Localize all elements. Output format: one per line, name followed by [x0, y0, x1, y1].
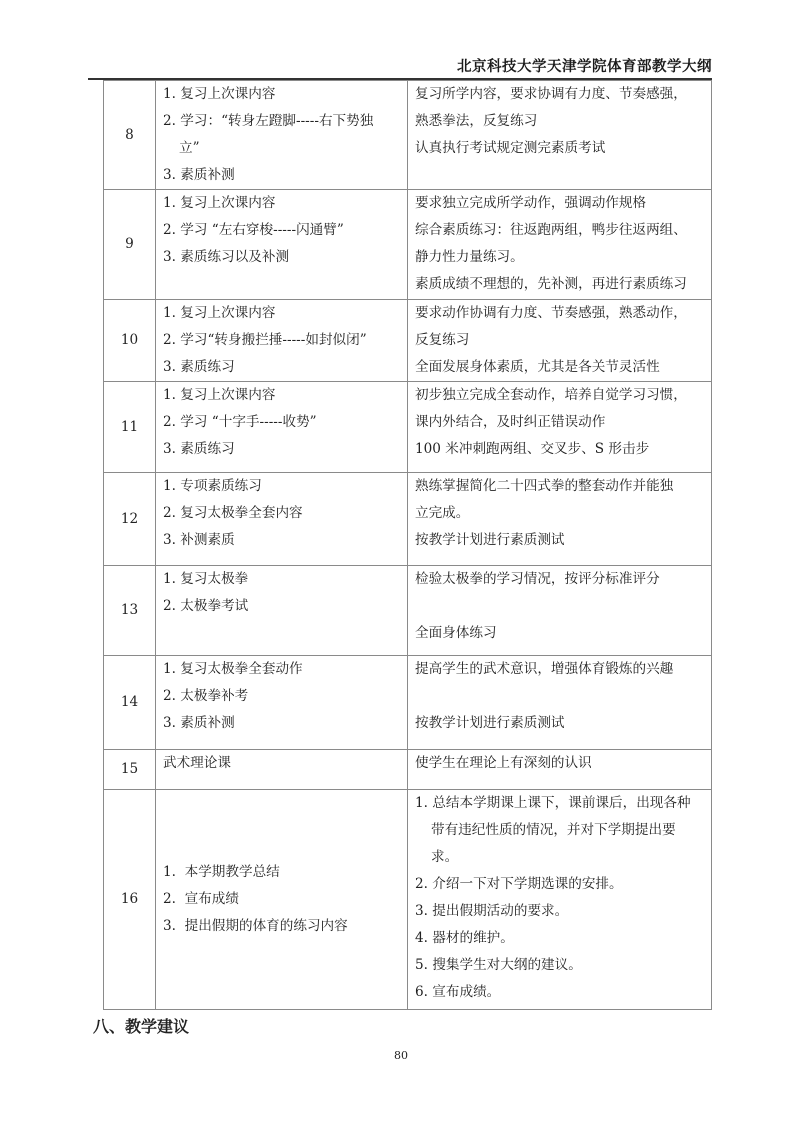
- table-row: 13 1. 复习太极拳 2. 太极拳考试 检验太极拳的学习情况，按评分标准评分 …: [104, 566, 712, 656]
- requirements-cell: 1. 总结本学期课上课下，课前课后，出现各种 带有违纪性质的情况，并对下学期提出…: [408, 790, 712, 1010]
- section-heading: 八、教学建议: [93, 1014, 189, 1037]
- content-line: 1. 复习太极拳: [163, 566, 407, 593]
- content-line: 3. 素质补测: [163, 710, 407, 737]
- content-line: 3. 素质练习以及补测: [163, 244, 407, 271]
- requirements-cell: 要求独立完成所学动作，强调动作规格 综合素质练习：往返跑两组，鸭步往返两组、 静…: [408, 190, 712, 300]
- content-line: 2. 学习 “十字手-----收势”: [163, 409, 407, 436]
- requirement-line: 6. 宣布成绩。: [415, 979, 707, 1006]
- content-line: 2. 学习 “左右穿梭-----闪通臂”: [163, 217, 407, 244]
- requirement-line: 检验太极拳的学习情况，按评分标准评分: [415, 566, 707, 593]
- week-number: 16: [104, 790, 156, 1010]
- content-line: 1. 本学期教学总结: [163, 859, 407, 886]
- content-line: 2. 学习：“转身左蹬脚-----右下势独: [163, 108, 407, 135]
- requirements-cell: 复习所学内容，要求协调有力度、节奏感强， 熟悉拳法，反复练习 认真执行考试规定测…: [408, 81, 712, 190]
- content-line: 3. 素质练习: [163, 436, 407, 463]
- blank-line: [415, 593, 707, 620]
- requirement-line: 要求独立完成所学动作，强调动作规格: [415, 190, 707, 217]
- content-cell: 武术理论课: [156, 750, 408, 790]
- requirement-line: 按教学计划进行素质测试: [415, 710, 707, 737]
- blank-line: [415, 683, 707, 710]
- content-line: 1. 复习太极拳全套动作: [163, 656, 407, 683]
- requirement-line: 2. 介绍一下对下学期选课的安排。: [415, 871, 707, 898]
- content-line: 3. 补测素质: [163, 527, 407, 554]
- page-number: 80: [394, 1049, 408, 1062]
- requirement-line: 带有违纪性质的情况，并对下学期提出要: [415, 817, 707, 844]
- requirements-cell: 初步独立完成全套动作，培养自觉学习习惯， 课内外结合，及时纠正错误动作 100 …: [408, 382, 712, 473]
- requirements-cell: 提高学生的武术意识，增强体育锻炼的兴趣 按教学计划进行素质测试: [408, 656, 712, 750]
- requirement-line: 素质成绩不理想的，先补测，再进行素质练习: [415, 271, 707, 298]
- content-cell: 1. 本学期教学总结 2. 宣布成绩 3. 提出假期的体育的练习内容: [156, 790, 408, 1010]
- requirements-cell: 使学生在理论上有深刻的认识: [408, 750, 712, 790]
- requirement-line: 反复练习: [415, 327, 707, 354]
- table-row: 8 1. 复习上次课内容 2. 学习：“转身左蹬脚-----右下势独 立” 3.…: [104, 81, 712, 190]
- content-line: 武术理论课: [163, 750, 407, 777]
- content-line: 1. 复习上次课内容: [163, 190, 407, 217]
- teaching-schedule-table: 8 1. 复习上次课内容 2. 学习：“转身左蹬脚-----右下势独 立” 3.…: [103, 80, 712, 1010]
- requirement-line: 全面身体练习: [415, 620, 707, 647]
- week-number: 12: [104, 473, 156, 566]
- content-line: 3. 素质补测: [163, 162, 407, 189]
- requirement-line: 认真执行考试规定测完素质考试: [415, 135, 707, 162]
- content-line: 2. 太极拳考试: [163, 593, 407, 620]
- table-row: 15 武术理论课 使学生在理论上有深刻的认识: [104, 750, 712, 790]
- requirements-cell: 要求动作协调有力度、节奏感强，熟悉动作， 反复练习 全面发展身体素质，尤其是各关…: [408, 300, 712, 382]
- requirement-line: 综合素质练习：往返跑两组，鸭步往返两组、: [415, 217, 707, 244]
- content-line: 2. 太极拳补考: [163, 683, 407, 710]
- week-number: 10: [104, 300, 156, 382]
- requirement-line: 课内外结合，及时纠正错误动作: [415, 409, 707, 436]
- requirement-line: 100 米冲刺跑两组、交叉步、S 形击步: [415, 436, 707, 463]
- requirements-cell: 熟练掌握简化二十四式拳的整套动作并能独 立完成。 按教学计划进行素质测试: [408, 473, 712, 566]
- content-line: 1. 复习上次课内容: [163, 81, 407, 108]
- week-number: 9: [104, 190, 156, 300]
- requirement-line: 使学生在理论上有深刻的认识: [415, 750, 707, 777]
- table-row: 12 1. 专项素质练习 2. 复习太极拳全套内容 3. 补测素质 熟练掌握简化…: [104, 473, 712, 566]
- content-line: 3. 提出假期的体育的练习内容: [163, 913, 407, 940]
- content-cell: 1. 复习太极拳全套动作 2. 太极拳补考 3. 素质补测: [156, 656, 408, 750]
- content-line: 1. 复习上次课内容: [163, 300, 407, 327]
- requirement-line: 熟悉拳法，反复练习: [415, 108, 707, 135]
- requirement-line: 复习所学内容，要求协调有力度、节奏感强，: [415, 81, 707, 108]
- content-cell: 1. 复习上次课内容 2. 学习：“转身左蹬脚-----右下势独 立” 3. 素…: [156, 81, 408, 190]
- content-line: 1. 复习上次课内容: [163, 382, 407, 409]
- content-cell: 1. 复习上次课内容 2. 学习“转身搬拦捶-----如封似闭” 3. 素质练习: [156, 300, 408, 382]
- table-row: 11 1. 复习上次课内容 2. 学习 “十字手-----收势” 3. 素质练习…: [104, 382, 712, 473]
- table-row: 14 1. 复习太极拳全套动作 2. 太极拳补考 3. 素质补测 提高学生的武术…: [104, 656, 712, 750]
- content-line: 1. 专项素质练习: [163, 473, 407, 500]
- page-header-title: 北京科技大学天津学院体育部教学大纲: [88, 55, 712, 79]
- requirements-cell: 检验太极拳的学习情况，按评分标准评分 全面身体练习: [408, 566, 712, 656]
- requirement-line: 提高学生的武术意识，增强体育锻炼的兴趣: [415, 656, 707, 683]
- content-cell: 1. 专项素质练习 2. 复习太极拳全套内容 3. 补测素质: [156, 473, 408, 566]
- requirement-line: 熟练掌握简化二十四式拳的整套动作并能独: [415, 473, 707, 500]
- week-number: 14: [104, 656, 156, 750]
- table-row: 9 1. 复习上次课内容 2. 学习 “左右穿梭-----闪通臂” 3. 素质练…: [104, 190, 712, 300]
- content-line: 立”: [163, 135, 407, 162]
- requirement-line: 3. 提出假期活动的要求。: [415, 898, 707, 925]
- week-number: 11: [104, 382, 156, 473]
- content-line: 2. 学习“转身搬拦捶-----如封似闭”: [163, 327, 407, 354]
- requirement-line: 5. 搜集学生对大纲的建议。: [415, 952, 707, 979]
- content-line: 2. 宣布成绩: [163, 886, 407, 913]
- requirement-line: 要求动作协调有力度、节奏感强，熟悉动作，: [415, 300, 707, 327]
- requirement-line: 1. 总结本学期课上课下，课前课后，出现各种: [415, 790, 707, 817]
- content-cell: 1. 复习上次课内容 2. 学习 “十字手-----收势” 3. 素质练习: [156, 382, 408, 473]
- requirement-line: 按教学计划进行素质测试: [415, 527, 707, 554]
- requirement-line: 初步独立完成全套动作，培养自觉学习习惯，: [415, 382, 707, 409]
- content-cell: 1. 复习太极拳 2. 太极拳考试: [156, 566, 408, 656]
- requirement-line: 全面发展身体素质，尤其是各关节灵活性: [415, 354, 707, 381]
- requirement-line: 立完成。: [415, 500, 707, 527]
- table-row: 10 1. 复习上次课内容 2. 学习“转身搬拦捶-----如封似闭” 3. 素…: [104, 300, 712, 382]
- content-line: 3. 素质练习: [163, 354, 407, 381]
- table-row: 16 1. 本学期教学总结 2. 宣布成绩 3. 提出假期的体育的练习内容 1.…: [104, 790, 712, 1010]
- requirement-line: 求。: [415, 844, 707, 871]
- week-number: 8: [104, 81, 156, 190]
- requirement-line: 静力性力量练习。: [415, 244, 707, 271]
- content-cell: 1. 复习上次课内容 2. 学习 “左右穿梭-----闪通臂” 3. 素质练习以…: [156, 190, 408, 300]
- week-number: 15: [104, 750, 156, 790]
- week-number: 13: [104, 566, 156, 656]
- content-line: 2. 复习太极拳全套内容: [163, 500, 407, 527]
- requirement-line: 4. 器材的维护。: [415, 925, 707, 952]
